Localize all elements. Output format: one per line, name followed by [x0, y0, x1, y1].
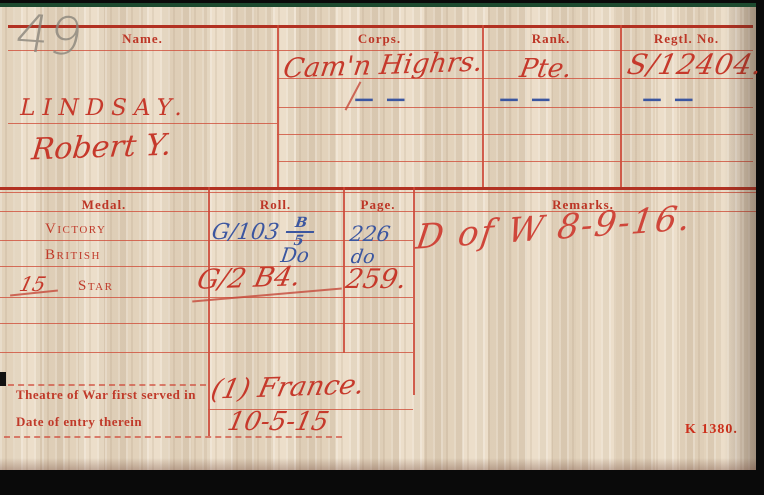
surname-value: LINDSAY.: [17, 95, 192, 121]
card-bottom-shadow: [0, 458, 756, 470]
medal-row-british-label: British: [45, 247, 101, 264]
medal-row-victory-label: Victory: [45, 221, 106, 238]
card-right-shadow: [724, 7, 756, 470]
ruled-line: [277, 134, 753, 135]
ruled-line: [277, 78, 753, 79]
rank-column-header: Rank.: [482, 31, 620, 47]
scanned-medal-index-card: Name. Corps. Rank. Regtl. No. 49 Cam'n H…: [0, 0, 764, 495]
medal-row-star-label: Star: [78, 278, 113, 295]
medal-table-top-rule-thin: [0, 192, 756, 193]
corps-ditto-marks: — —: [355, 89, 409, 110]
theatre-value: (1) France.: [208, 369, 368, 405]
ruled-line-dashed: [4, 436, 342, 438]
rank-ditto-marks: — —: [500, 89, 554, 110]
page-column-header: Page.: [343, 197, 413, 213]
ruled-line-dashed: [8, 384, 206, 386]
ruled-line: [0, 352, 413, 353]
theatre-of-war-label: Theatre of War first served in: [16, 387, 196, 403]
ruled-line: [277, 161, 753, 162]
forenames-value: Robert Y.: [30, 128, 173, 168]
star-page-value: 259.: [343, 264, 409, 295]
date-of-entry-label: Date of entry therein: [16, 414, 142, 430]
scan-notch: [0, 372, 6, 386]
star-roll-value: G/2 B4.: [194, 261, 303, 296]
roll-column-header: Roll.: [208, 197, 343, 213]
fraction-numerator: B: [294, 216, 308, 230]
medal-table-top-rule: [0, 187, 756, 190]
pencil-note: 49: [11, 4, 87, 68]
surname-underline: [8, 123, 277, 124]
medal-column-header: Medal.: [0, 197, 208, 213]
ruled-line: [0, 323, 413, 324]
corps-column-header: Corps.: [277, 31, 482, 47]
victory-roll-main: G/103: [210, 220, 280, 245]
regtl-ditto-marks: — —: [643, 89, 697, 110]
rank-value: Pte.: [517, 54, 574, 84]
divider-page-remarks: [413, 187, 415, 395]
top-rule: [8, 25, 753, 28]
ruled-line: [0, 297, 413, 298]
victory-page-value: 226: [348, 222, 391, 246]
date-of-entry-value: 10-5-15: [225, 407, 332, 437]
